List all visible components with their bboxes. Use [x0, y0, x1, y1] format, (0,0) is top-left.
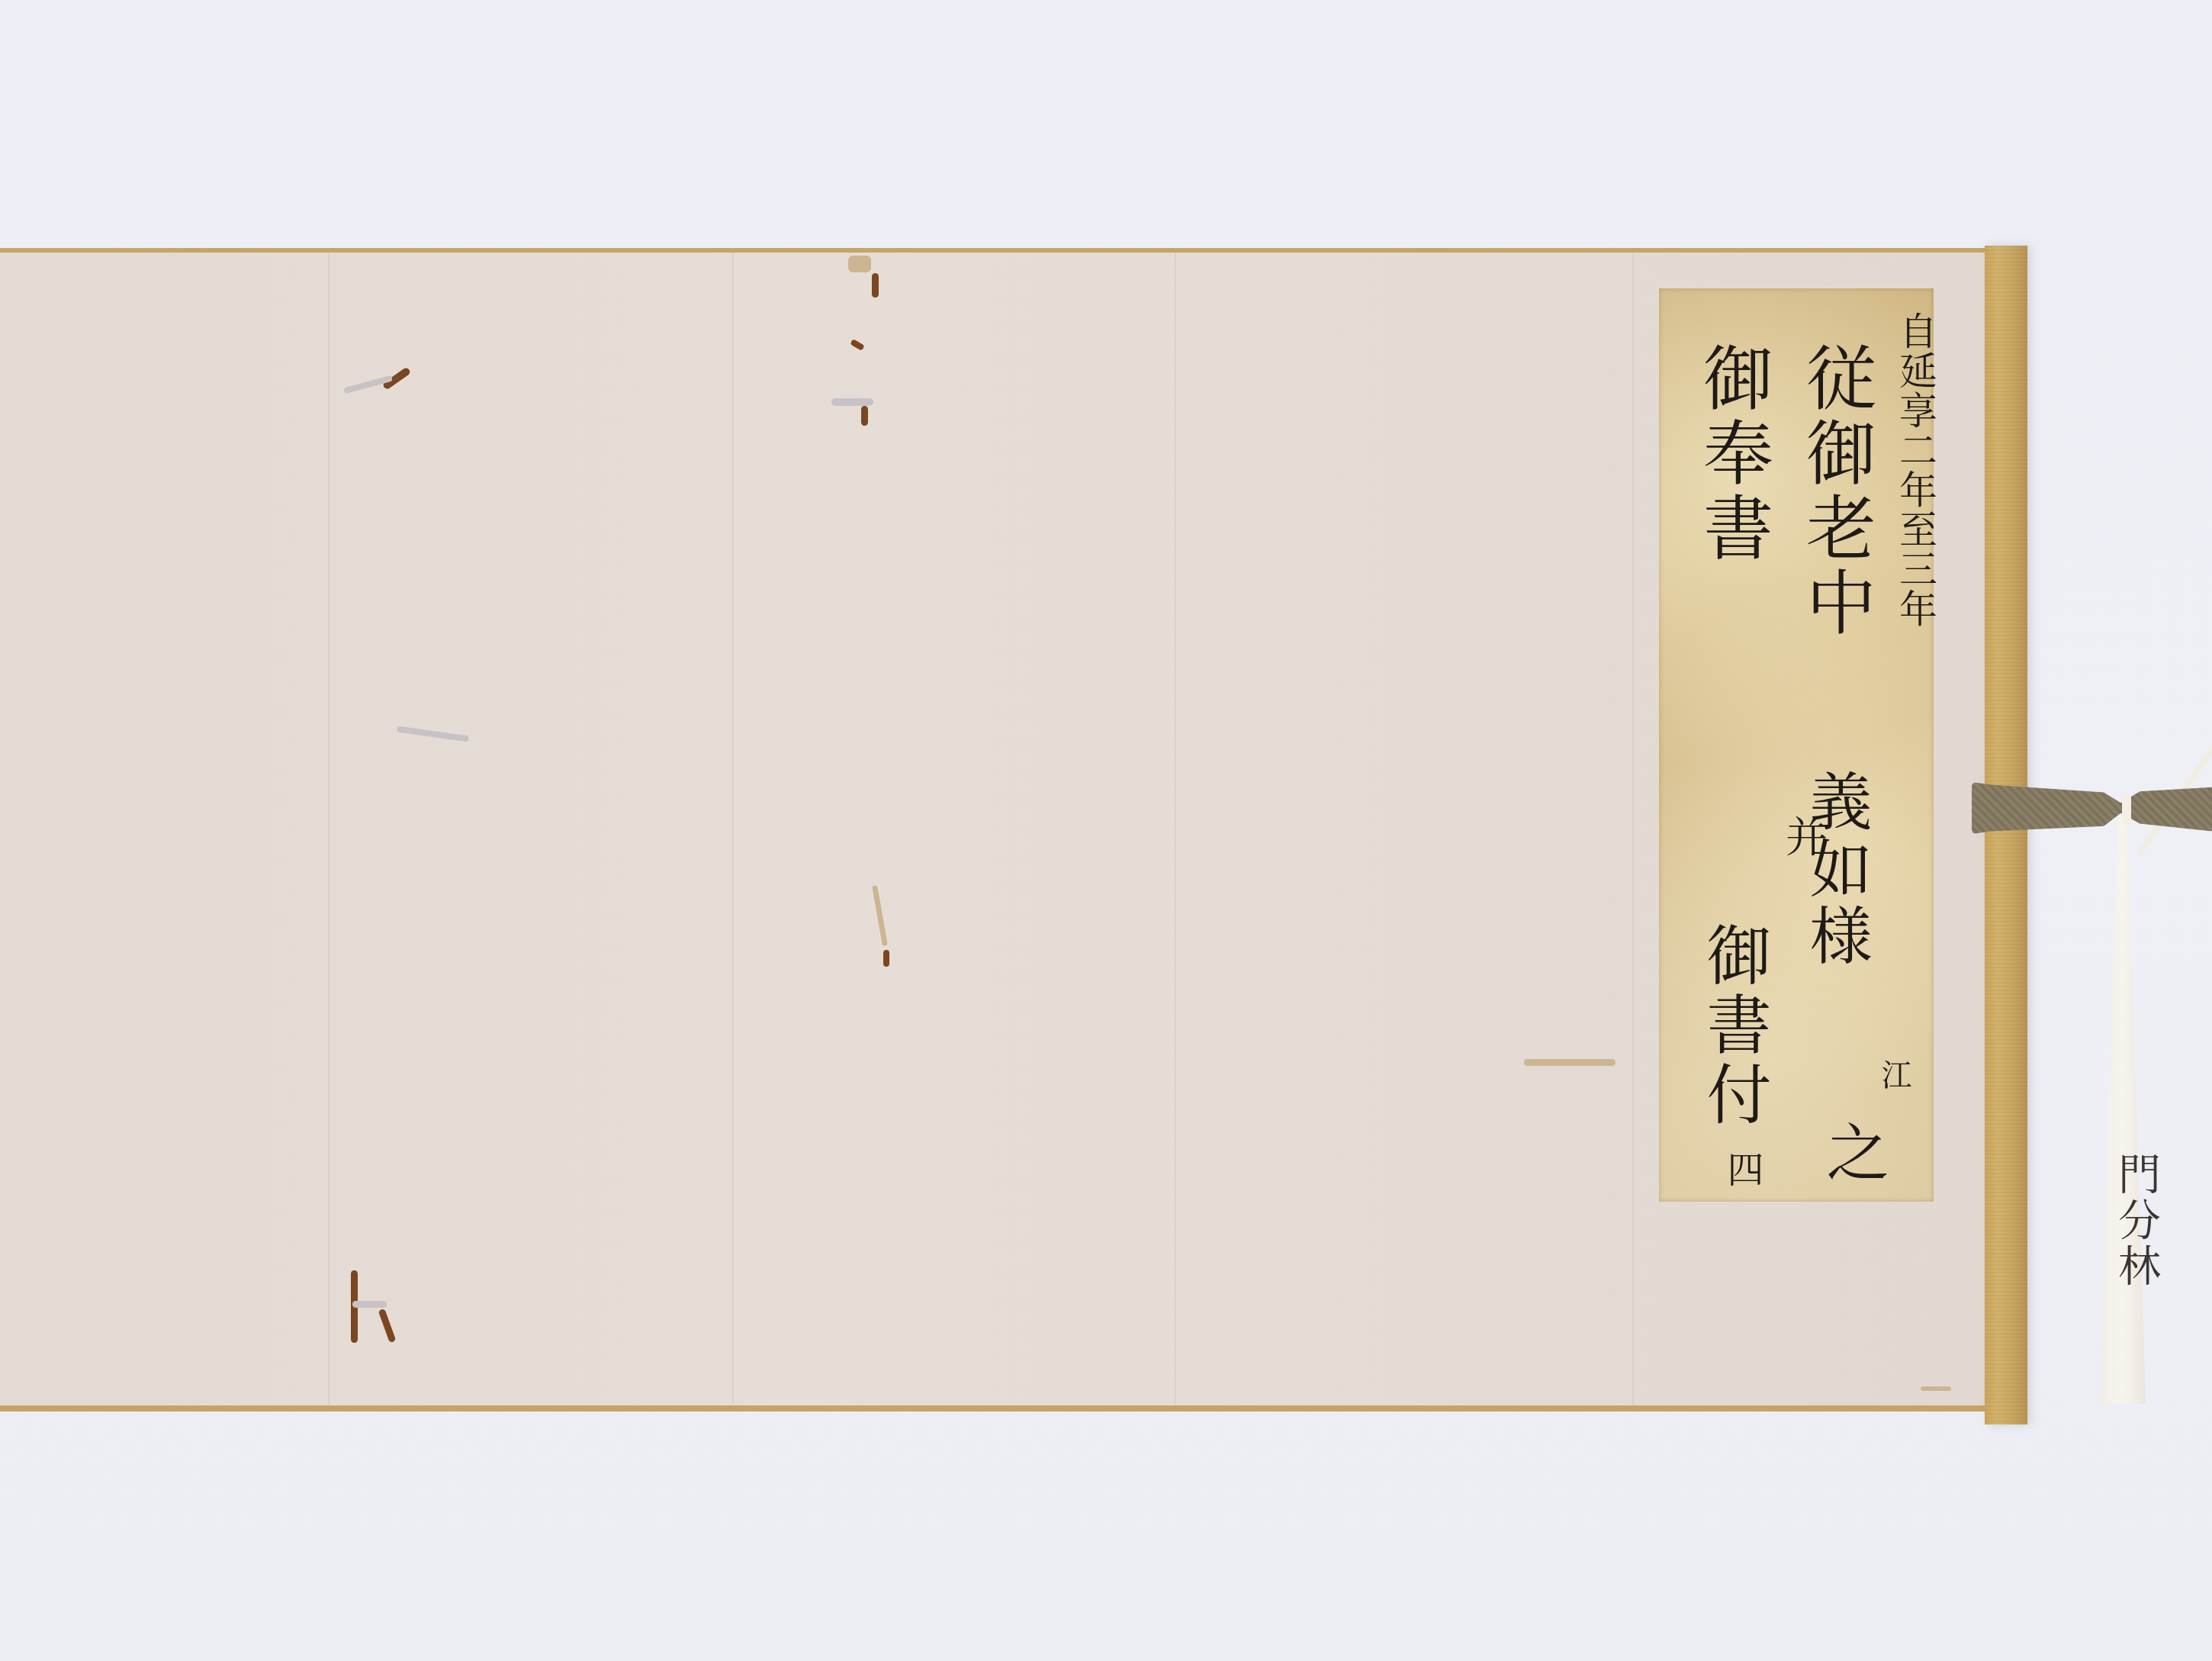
paper-tag — [2100, 809, 2146, 1404]
paper-seam — [1175, 253, 1176, 1405]
string-knot — [2122, 793, 2131, 824]
gold-title-label: 自延享二年至三年 従御老中 義如様 江 之 御奉書 并 御書付 四 — [1659, 288, 1934, 1202]
label-date-column: 自延享二年至三年 — [1888, 311, 1943, 629]
wormhole-mark — [872, 273, 879, 298]
wormhole-mark — [1524, 1059, 1616, 1066]
wormhole-mark — [352, 1301, 387, 1308]
paper-seam — [1632, 253, 1634, 1405]
label-text-small: 江 — [1873, 1059, 1916, 1094]
tie-ribbon — [1972, 782, 2212, 834]
wormhole-mark — [883, 950, 889, 967]
label-text: 従御老中 — [1800, 342, 1870, 641]
label-text-small: 并 — [1773, 815, 1834, 861]
wormhole-mark — [1921, 1386, 1951, 1391]
label-text: 御奉書 — [1697, 342, 1767, 566]
label-volume-number: 四 — [1716, 1151, 1769, 1192]
tag-text: 門分林 — [2105, 1152, 2166, 1289]
label-text: 義如様 — [1804, 769, 1866, 971]
label-text: 御書付 — [1701, 922, 1766, 1130]
label-text: 之 — [1808, 1120, 1897, 1187]
wormhole-mark — [848, 256, 871, 272]
paper-seam — [732, 253, 734, 1405]
wormhole-mark — [831, 398, 873, 406]
wormhole-mark — [861, 406, 868, 426]
paper-seam — [328, 253, 330, 1405]
roller-texture — [1985, 246, 2027, 1424]
scroll-roller-edge — [1985, 246, 2027, 1424]
